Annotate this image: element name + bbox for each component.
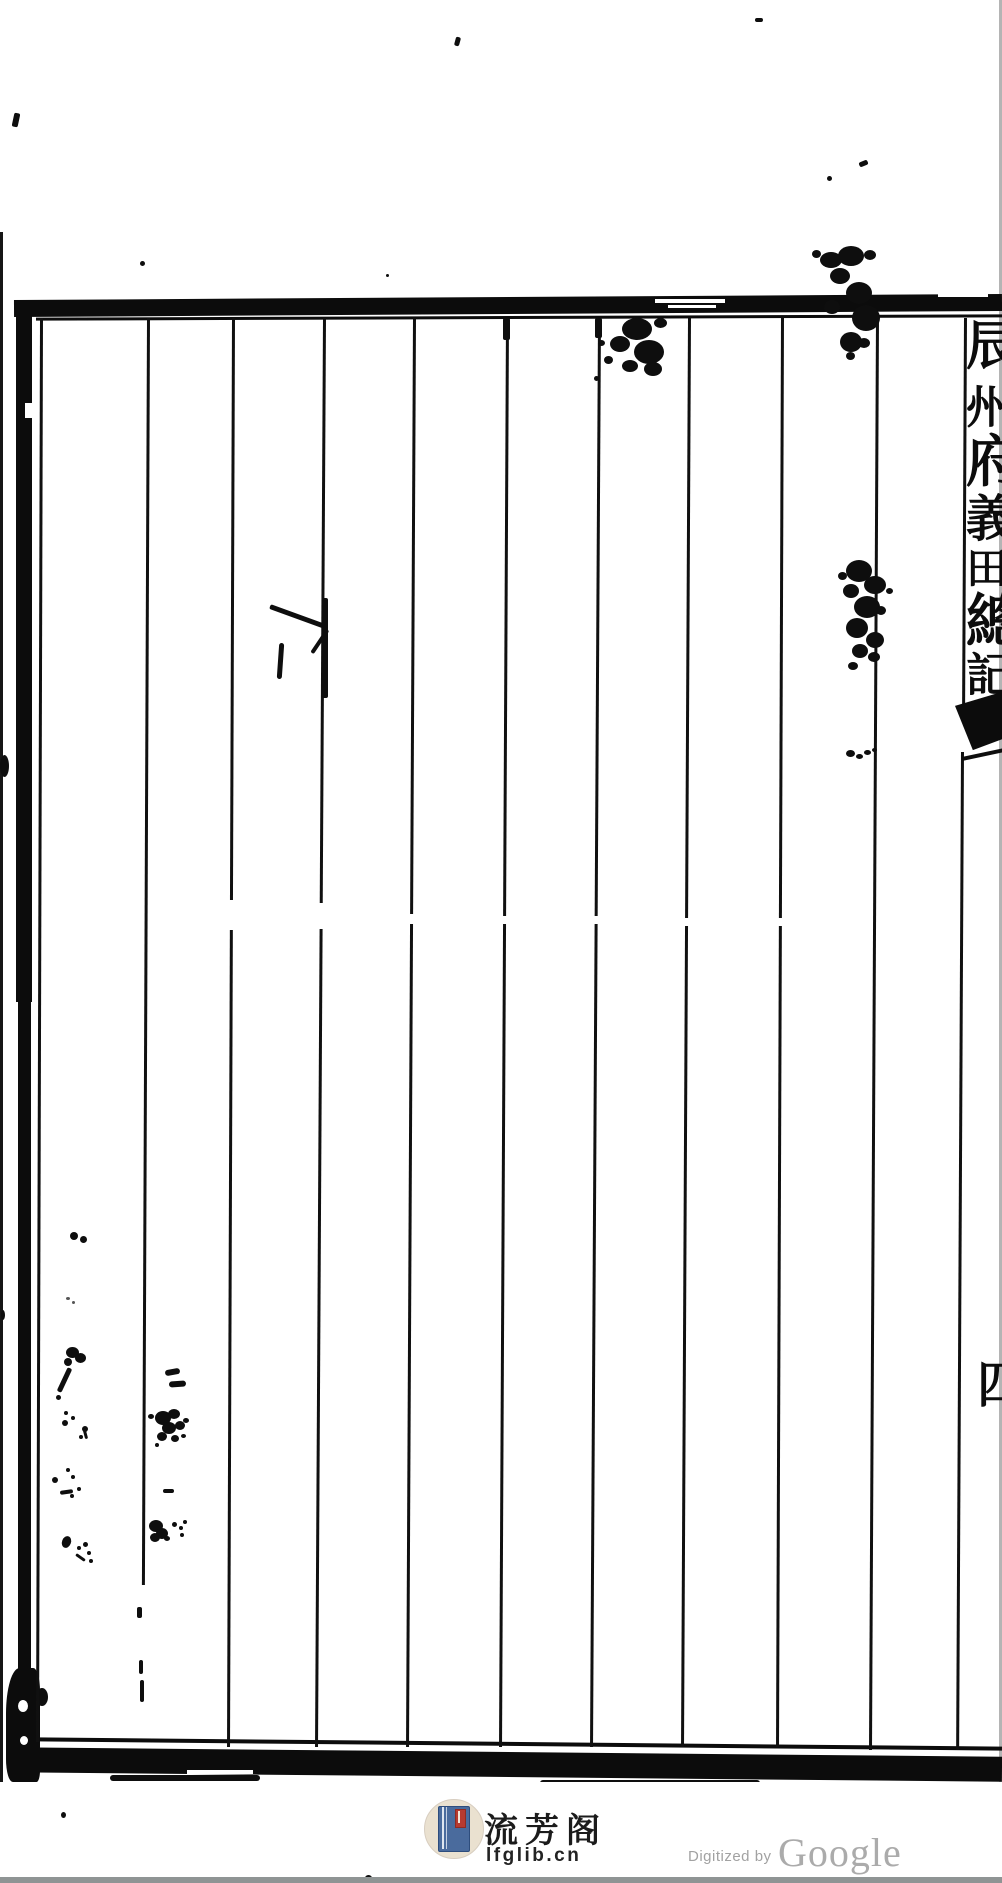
ink-speck <box>62 1420 68 1426</box>
ink-dash <box>163 1489 174 1493</box>
ink-blot <box>830 268 850 284</box>
ink-speck <box>12 113 21 128</box>
book-label-text-mark <box>458 1811 460 1823</box>
column-rule-line <box>36 318 43 1742</box>
ink-speck <box>180 1533 184 1537</box>
paper-crease-break <box>590 916 604 924</box>
ink-blot <box>866 632 884 648</box>
ink-speck <box>83 1430 88 1439</box>
ink-speck <box>183 1520 187 1524</box>
border-erosion <box>18 1700 28 1712</box>
column-rule-line <box>681 318 691 1747</box>
ink-speck <box>66 1297 70 1300</box>
rule-thick-segment <box>595 318 602 338</box>
ink-speck <box>0 755 9 777</box>
ink-blot <box>864 250 876 260</box>
ink-blot <box>622 318 652 340</box>
ink-speck <box>155 1443 159 1447</box>
ink-blot <box>824 300 840 314</box>
ink-speck <box>87 1551 91 1555</box>
ink-speck <box>72 1301 75 1304</box>
column-rule-line <box>227 318 235 1747</box>
border-erosion <box>25 403 33 418</box>
ink-speck <box>77 1487 81 1491</box>
title-column-char: 記 <box>966 652 1002 698</box>
paper-crease-break <box>680 918 694 926</box>
ink-blot <box>886 588 893 594</box>
ink-speck <box>179 1526 183 1530</box>
column-rule-line <box>142 318 150 1585</box>
ink-speck <box>64 1411 68 1415</box>
ink-blot <box>75 1353 86 1363</box>
ink-speck <box>183 1418 189 1423</box>
border-erosion <box>187 1770 253 1774</box>
ink-streak <box>57 1367 73 1393</box>
ink-speck <box>872 748 877 752</box>
rule-thick-segment <box>503 318 510 340</box>
ink-blot <box>852 305 880 331</box>
ink-speck <box>846 750 855 757</box>
book-stitch-line <box>442 1807 444 1849</box>
pencil-arrow-mark <box>269 604 327 629</box>
ink-blot <box>846 282 872 304</box>
border-ragged-edge <box>110 1775 260 1781</box>
column-rule-line <box>956 752 964 1750</box>
ink-dash <box>165 1368 181 1377</box>
column-rule-line <box>590 318 601 1747</box>
ink-blot <box>846 618 868 638</box>
column-rule-line <box>499 318 509 1747</box>
ink-speck <box>140 261 145 266</box>
border-erosion <box>870 291 930 294</box>
column-rule-line <box>776 318 784 1747</box>
ink-blot <box>838 572 847 580</box>
ink-speck <box>1 1310 5 1320</box>
ink-speck <box>755 18 763 22</box>
ink-speck <box>75 1553 86 1562</box>
ink-speck <box>864 750 871 755</box>
ink-blot <box>622 360 638 372</box>
rule-thick-segment <box>322 598 328 698</box>
ink-speck <box>148 1414 154 1419</box>
folio-character: 四 <box>977 1360 1002 1410</box>
ink-speck <box>386 274 389 277</box>
ink-speck <box>52 1477 58 1483</box>
ink-speck <box>827 176 832 181</box>
ink-blot <box>157 1432 167 1441</box>
ink-speck <box>856 754 863 759</box>
ink-speck <box>60 1535 73 1549</box>
title-column-char: 義 <box>966 494 1002 544</box>
paper-crease-break <box>404 914 420 924</box>
column-rule-line <box>315 318 326 1747</box>
title-column-char: 田 <box>966 548 1002 590</box>
ink-blot <box>644 362 662 376</box>
lfglib-site-url: lfglib.cn <box>486 1845 581 1867</box>
ink-speck <box>79 1435 83 1439</box>
column-rule-line <box>406 318 416 1747</box>
ink-blot <box>598 340 605 346</box>
book-label-red <box>455 1809 466 1828</box>
digitized-by-text: Digitized by <box>688 1848 772 1865</box>
book-stitch-line <box>446 1807 447 1849</box>
ink-blot <box>843 584 859 598</box>
ink-speck <box>66 1468 70 1472</box>
title-cartouche-line <box>962 748 1002 761</box>
ink-speck <box>89 1559 93 1563</box>
ink-speck <box>172 1522 177 1527</box>
ink-speck <box>164 1536 170 1541</box>
border-erosion <box>655 299 725 303</box>
ink-blot <box>634 340 664 364</box>
ink-blot <box>838 246 864 266</box>
ink-blot <box>654 318 667 328</box>
ink-blot <box>594 376 599 381</box>
title-column-char: 府 <box>966 434 1002 490</box>
scan-left-edge-line <box>0 232 3 1877</box>
ink-blot <box>812 250 821 258</box>
pencil-dash-mark <box>277 643 284 679</box>
ink-speck <box>181 1434 186 1438</box>
border-erosion <box>938 294 988 297</box>
border-erosion <box>20 1736 28 1745</box>
ink-blot <box>868 652 880 662</box>
page-scan: 辰 州 府 義 田 總 記 四 流芳阁 lfglib.cn Digitized … <box>0 0 1002 1883</box>
ink-blot <box>846 352 855 360</box>
google-wordmark: Google <box>778 1829 902 1876</box>
ink-speck <box>71 1475 75 1479</box>
ink-blot <box>150 1533 160 1542</box>
paper-crease-break <box>222 900 242 930</box>
ink-blot <box>610 336 630 352</box>
paper-crease-break <box>773 918 787 926</box>
ink-speck <box>56 1395 61 1400</box>
title-column-char: 州 <box>966 384 1002 430</box>
ink-blot <box>858 338 870 348</box>
ink-dash <box>169 1380 186 1387</box>
title-column-char: 辰 <box>966 318 1002 372</box>
column-rule-line <box>869 318 879 1750</box>
ink-speck <box>70 1494 74 1498</box>
ink-blot <box>168 1409 180 1419</box>
ink-speck <box>83 1542 88 1547</box>
paper-crease-break <box>312 903 334 929</box>
ink-speck <box>71 1416 75 1420</box>
ink-speck <box>454 37 461 47</box>
ink-blot <box>876 606 886 615</box>
rule-broken-segment <box>139 1660 143 1674</box>
ink-speck <box>858 159 868 167</box>
ink-speck <box>61 1812 66 1818</box>
scan-bottom-band <box>0 1877 1002 1883</box>
paper-crease-break <box>495 916 509 924</box>
ink-blot <box>64 1358 72 1366</box>
ink-blot <box>852 644 868 658</box>
ink-speck <box>70 1232 78 1240</box>
ink-speck <box>77 1546 81 1550</box>
frame-border-left <box>18 1000 31 1672</box>
border-erosion <box>668 305 716 308</box>
ink-blot <box>848 662 858 670</box>
ink-blot <box>864 576 886 594</box>
title-column-char: 總 <box>966 592 1002 650</box>
rule-broken-segment <box>140 1680 144 1702</box>
ink-blot <box>604 356 613 364</box>
rule-broken-segment <box>137 1607 142 1618</box>
ink-blot <box>171 1435 179 1442</box>
ink-speck <box>80 1236 87 1243</box>
